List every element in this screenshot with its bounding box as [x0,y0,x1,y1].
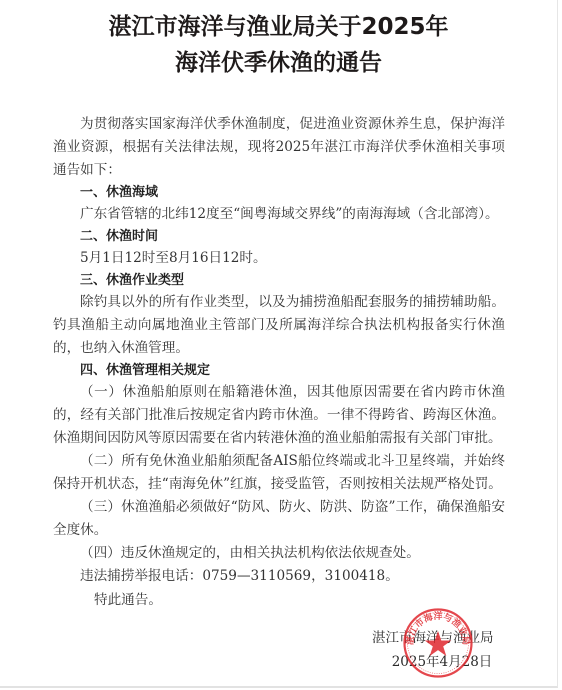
section-heading-2: 二、休渔时间 [53,226,505,247]
section-heading-4: 四、休渔管理相关规定 [53,360,505,381]
official-seal-icon: 湛江市海洋与渔业局 [402,607,474,679]
document-title-line1: 湛江市海洋与渔业局关于2025年 [0,8,557,41]
intro-paragraph: 为贯彻落实国家海洋伏季休渔制度，促进渔业资源休养生息，保护海洋渔业资源，根据有关… [53,113,505,182]
notice-page: 湛江市海洋与渔业局关于2025年 海洋伏季休渔的通告 为贯彻落实国家海洋伏季休渔… [0,0,558,688]
rule-1-paragraph: （一）休渔船舶原则在船籍港休渔，因其他原因需要在省内跨市休渔的，经有关部门批准后… [53,381,505,450]
section-3-paragraph: 除钓具以外的所有作业类型，以及为捕捞渔船配套服务的捕捞辅助船。钓具渔船主动向属地… [53,291,505,360]
section-heading-1: 一、休渔海域 [53,182,505,203]
document-body: 为贯彻落实国家海洋伏季休渔制度，促进渔业资源休养生息，保护海洋渔业资源，根据有关… [53,113,505,612]
section-heading-3: 三、休渔作业类型 [53,270,505,291]
section-2-paragraph: 5月1日12时至8月16日12时。 [53,247,505,270]
rule-4-paragraph: （四）违反休渔规定的，由相关执法机构依法依规查处。 [53,542,505,565]
section-1-paragraph: 广东省管辖的北纬12度至“闽粤海域交界线”的南海海域（含北部湾）。 [53,203,505,226]
hotline-text: 违法捕捞举报电话：0759—3110569，3100418。 [53,565,505,588]
rule-2-paragraph: （二）所有免休渔业船舶须配备AIS船位终端或北斗卫星终端，并始终保持开机状态，挂… [53,450,505,496]
rule-3-paragraph: （三）休渔渔船必须做好“防风、防火、防洪、防盗”工作，确保渔船安全度休。 [53,496,505,542]
document-title-line2: 海洋伏季休渔的通告 [0,44,557,77]
